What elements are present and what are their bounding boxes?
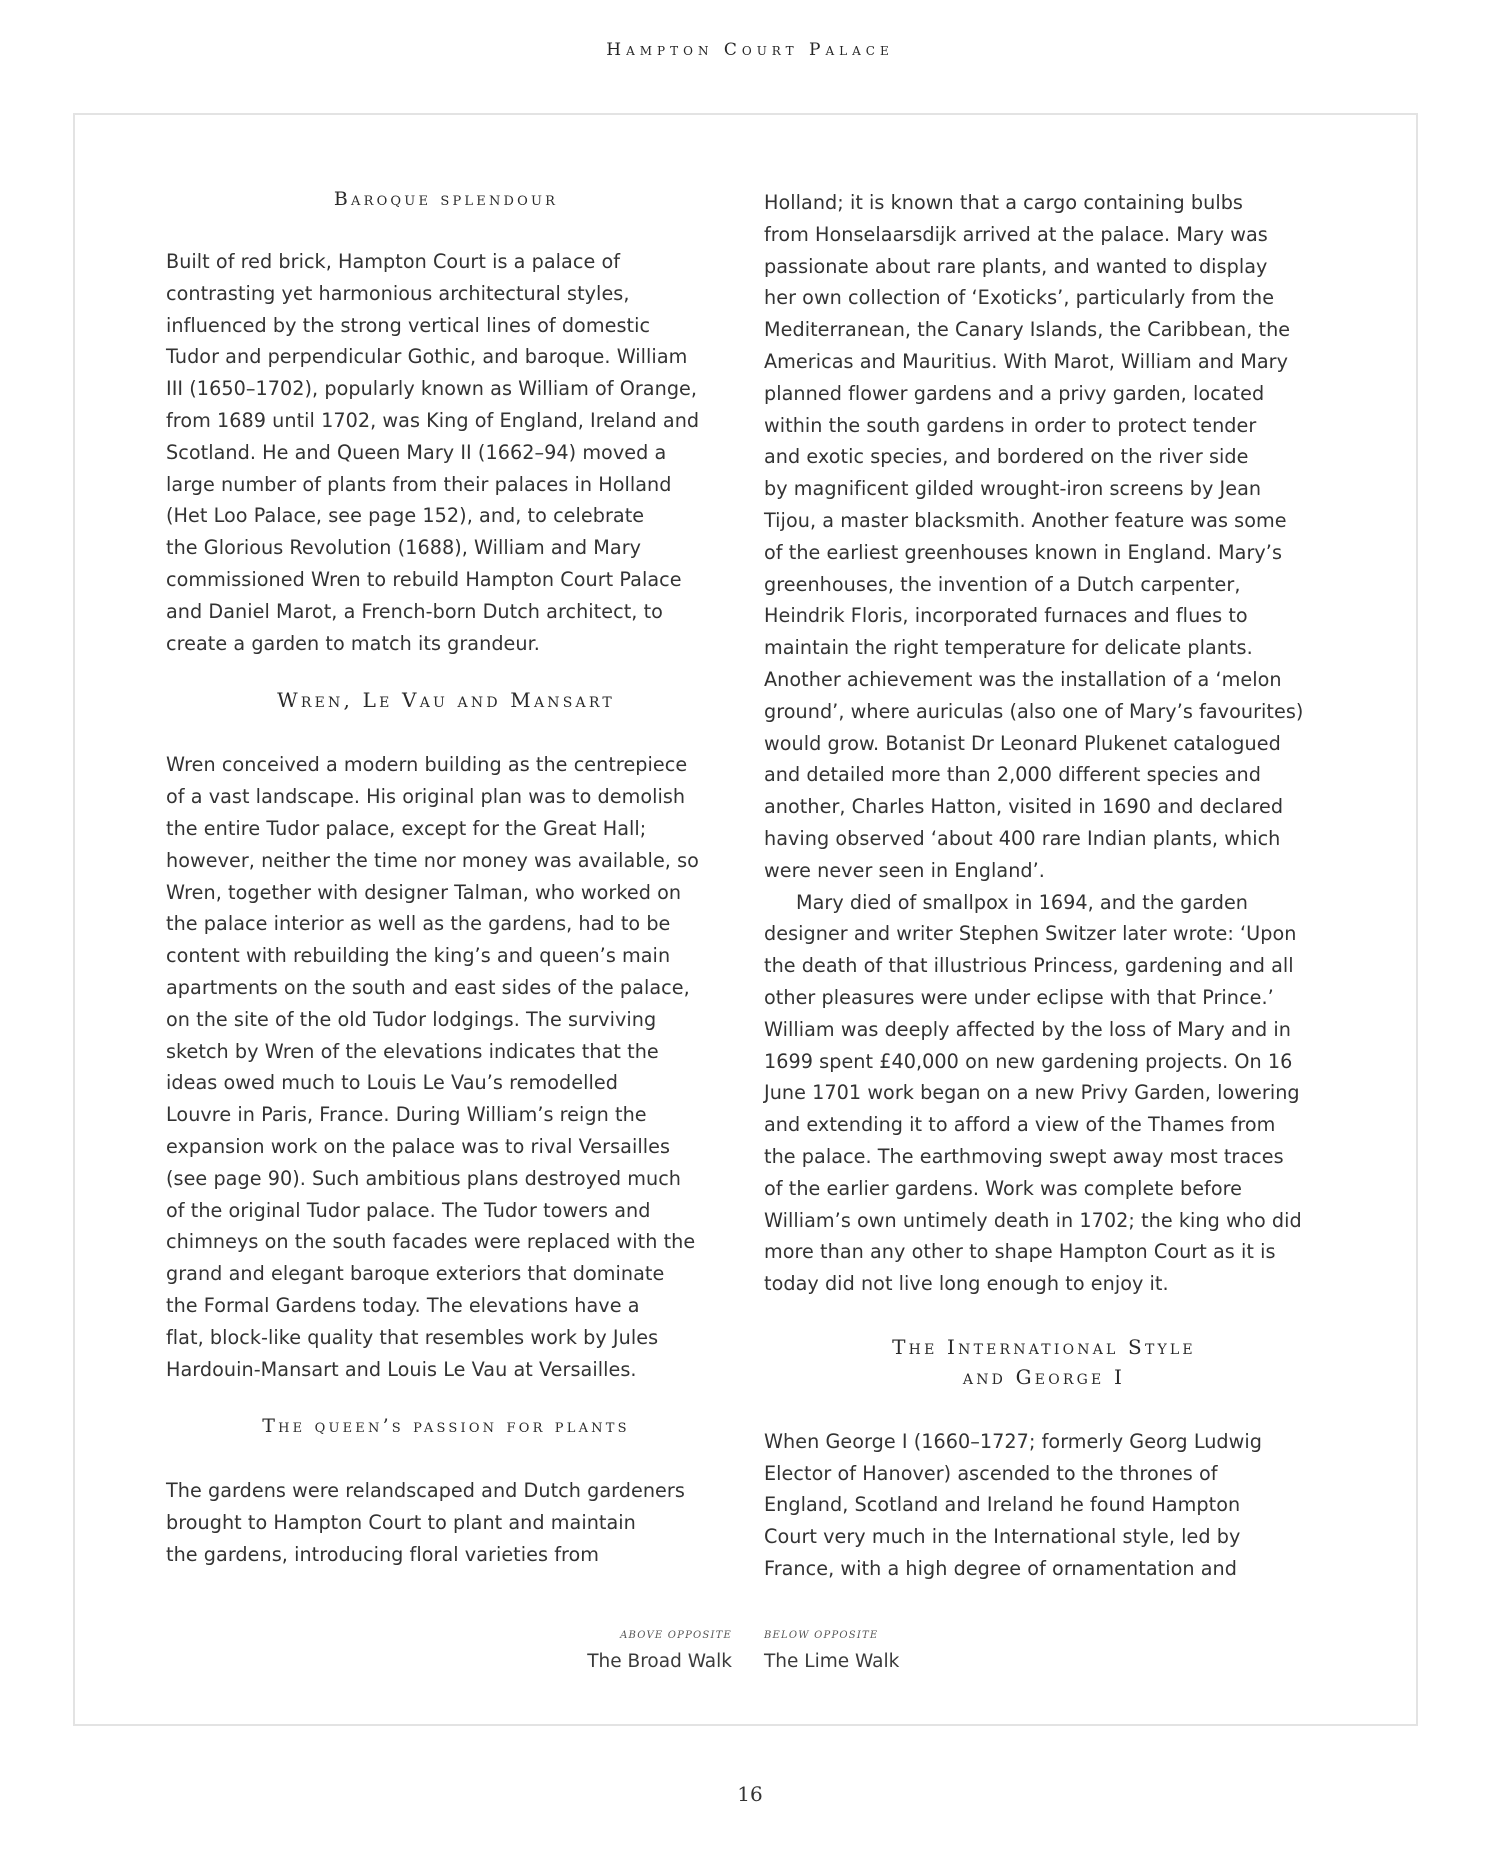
right-column: Holland; it is known that a cargo contai…	[764, 187, 1324, 1585]
text-line: another, Charles Hatton, visited in 1690…	[764, 791, 1324, 823]
text-line: planned flower gardens and a privy garde…	[764, 378, 1324, 410]
left-column: Baroque splendour Built of red brick, Ha…	[166, 184, 726, 1571]
text-line: William was deeply affected by the loss …	[764, 1014, 1324, 1046]
text-line: Scotland. He and Queen Mary II (1662–94)…	[166, 437, 726, 469]
text-line: ideas owed much to Louis Le Vau’s remode…	[166, 1067, 726, 1099]
heading-international-style-george-i: The International Style and George I	[764, 1332, 1324, 1392]
text-line: Holland; it is known that a cargo contai…	[764, 187, 1324, 219]
text-line: from Honselaarsdijk arrived at the palac…	[764, 219, 1324, 251]
text-line: Mediterranean, the Canary Islands, the C…	[764, 314, 1324, 346]
text-line: France, with a high degree of ornamentat…	[764, 1553, 1324, 1585]
text-line: other pleasures were under eclipse with …	[764, 982, 1324, 1014]
text-line: by magnificent gilded wrought-iron scree…	[764, 473, 1324, 505]
text-line: more than any other to shape Hampton Cou…	[764, 1236, 1324, 1268]
text-line: would grow. Botanist Dr Leonard Plukenet…	[764, 728, 1324, 760]
text-line: The gardens were relandscaped and Dutch …	[166, 1475, 726, 1507]
text-line: and extending it to afford a view of the…	[764, 1109, 1324, 1141]
text-line: content with rebuilding the king’s and q…	[166, 940, 726, 972]
text-line: passionate about rare plants, and wanted…	[764, 251, 1324, 283]
text-line: Mary died of smallpox in 1694, and the g…	[764, 887, 1324, 919]
text-line: the entire Tudor palace, except for the …	[166, 813, 726, 845]
text-line: the palace. The earthmoving swept away m…	[764, 1141, 1324, 1173]
text-line: Wren conceived a modern building as the …	[166, 749, 726, 781]
text-line: designer and writer Stephen Switzer late…	[764, 918, 1324, 950]
text-line: create a garden to match its grandeur.	[166, 628, 726, 660]
text-line: commissioned Wren to rebuild Hampton Cou…	[166, 564, 726, 596]
text-line: When George I (1660–1727; formerly Georg…	[764, 1426, 1324, 1458]
text-line: Tijou, a master blacksmith. Another feat…	[764, 505, 1324, 537]
text-line: of the original Tudor palace. The Tudor …	[166, 1195, 726, 1227]
text-line: Americas and Mauritius. With Marot, Will…	[764, 346, 1324, 378]
text-line: III (1650–1702), popularly known as Will…	[166, 373, 726, 405]
heading-line: The International Style	[764, 1332, 1324, 1362]
text-line: brought to Hampton Court to plant and ma…	[166, 1507, 726, 1539]
text-line: (see page 90). Such ambitious plans dest…	[166, 1163, 726, 1195]
text-line: within the south gardens in order to pro…	[764, 410, 1324, 442]
running-head: Hampton Court Palace	[0, 40, 1500, 60]
paragraph-mary-died: Mary died of smallpox in 1694, and the g…	[764, 887, 1324, 1300]
text-line: Elector of Hanover) ascended to the thro…	[764, 1458, 1324, 1490]
caption-label: ABOVE OPPOSITE	[587, 1630, 732, 1641]
paragraph-baroque-splendour: Built of red brick, Hampton Court is a p…	[166, 246, 726, 659]
text-line: her own collection of ‘Exoticks’, partic…	[764, 282, 1324, 314]
text-line: Built of red brick, Hampton Court is a p…	[166, 246, 726, 278]
text-line: and Daniel Marot, a French-born Dutch ar…	[166, 596, 726, 628]
paragraph-continuation: Holland; it is known that a cargo contai…	[764, 187, 1324, 887]
heading-wren-le-vau-mansart: Wren, Le Vau and Mansart	[166, 685, 726, 715]
text-line: however, neither the time nor money was …	[166, 845, 726, 877]
text-line: chimneys on the south facades were repla…	[166, 1226, 726, 1258]
text-line: influenced by the strong vertical lines …	[166, 310, 726, 342]
heading-line: and George I	[764, 1362, 1324, 1392]
text-line: today did not live long enough to enjoy …	[764, 1268, 1324, 1300]
text-line: Tudor and perpendicular Gothic, and baro…	[166, 341, 726, 373]
text-line: on the site of the old Tudor lodgings. T…	[166, 1004, 726, 1036]
text-line: Court very much in the International sty…	[764, 1521, 1324, 1553]
text-line: Louvre in Paris, France. During William’…	[166, 1099, 726, 1131]
text-line: Wren, together with designer Talman, who…	[166, 877, 726, 909]
text-line: of the earlier gardens. Work was complet…	[764, 1173, 1324, 1205]
text-line: 1699 spent £40,000 on new gardening proj…	[764, 1046, 1324, 1078]
text-line: Heindrik Floris, incorporated furnaces a…	[764, 600, 1324, 632]
text-line: the palace interior as well as the garde…	[166, 908, 726, 940]
text-line: sketch by Wren of the elevations indicat…	[166, 1036, 726, 1068]
text-line: having observed ‘about 400 rare Indian p…	[764, 823, 1324, 855]
text-line: from 1689 until 1702, was King of Englan…	[166, 405, 726, 437]
text-line: contrasting yet harmonious architectural…	[166, 278, 726, 310]
text-line: of a vast landscape. His original plan w…	[166, 781, 726, 813]
text-line: of the earliest greenhouses known in Eng…	[764, 537, 1324, 569]
text-line: expansion work on the palace was to riva…	[166, 1131, 726, 1163]
text-line: the gardens, introducing floral varietie…	[166, 1539, 726, 1571]
heading-baroque-splendour: Baroque splendour	[166, 184, 726, 214]
text-line: maintain the right temperature for delic…	[764, 632, 1324, 664]
text-line: England, Scotland and Ireland he found H…	[764, 1489, 1324, 1521]
text-line: grand and elegant baroque exteriors that…	[166, 1258, 726, 1290]
text-line: Hardouin-Mansart and Louis Le Vau at Ver…	[166, 1354, 726, 1386]
page-number: 16	[0, 1782, 1500, 1806]
caption-text: The Broad Walk	[587, 1651, 732, 1672]
paragraph-wren-le-vau-mansart: Wren conceived a modern building as the …	[166, 749, 726, 1385]
caption-label: BELOW OPPOSITE	[764, 1630, 899, 1641]
text-line: flat, block-like quality that resembles …	[166, 1322, 726, 1354]
text-line: and detailed more than 2,000 different s…	[764, 759, 1324, 791]
text-line: William’s own untimely death in 1702; th…	[764, 1205, 1324, 1237]
text-line: apartments on the south and east sides o…	[166, 972, 726, 1004]
caption-text: The Lime Walk	[764, 1651, 899, 1672]
text-line: the death of that illustrious Princess, …	[764, 950, 1324, 982]
text-line: the Glorious Revolution (1688), William …	[166, 532, 726, 564]
text-line: Another achievement was the installation…	[764, 664, 1324, 696]
heading-queens-passion-for-plants: The queen’s passion for plants	[166, 1411, 726, 1441]
caption-above-opposite: ABOVE OPPOSITE The Broad Walk	[587, 1630, 732, 1672]
caption-below-opposite: BELOW OPPOSITE The Lime Walk	[764, 1630, 899, 1672]
text-line: (Het Loo Palace, see page 152), and, to …	[166, 500, 726, 532]
text-line: greenhouses, the invention of a Dutch ca…	[764, 569, 1324, 601]
paragraph-queens-passion-for-plants: The gardens were relandscaped and Dutch …	[166, 1475, 726, 1570]
text-line: large number of plants from their palace…	[166, 469, 726, 501]
text-line: were never seen in England’.	[764, 855, 1324, 887]
text-line: ground’, where auriculas (also one of Ma…	[764, 696, 1324, 728]
text-line: June 1701 work began on a new Privy Gard…	[764, 1077, 1324, 1109]
text-line: and exotic species, and bordered on the …	[764, 441, 1324, 473]
text-line: the Formal Gardens today. The elevations…	[166, 1290, 726, 1322]
paragraph-george-i: When George I (1660–1727; formerly Georg…	[764, 1426, 1324, 1585]
